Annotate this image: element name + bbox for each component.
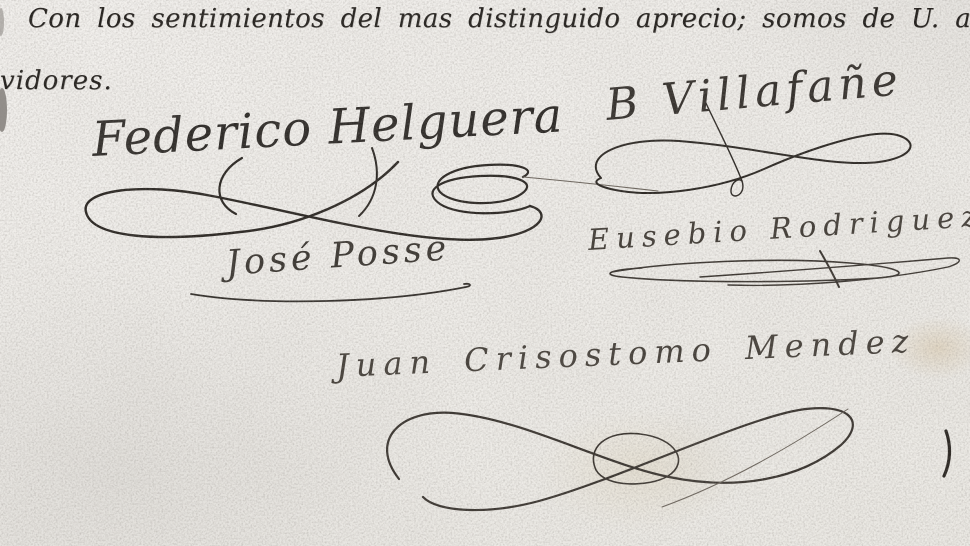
jose-posse-underline	[191, 284, 470, 302]
pen-tick-mark	[944, 431, 950, 476]
letter-page: Con los sentimientos del mas distinguido…	[0, 0, 970, 546]
closing-text-line-2: vidores.	[0, 66, 113, 96]
closing-text-line-1: Con los sentimientos del mas distinguido…	[28, 4, 970, 34]
juan-mendez-flourish-rubric	[387, 408, 853, 510]
eusebio-rodriguez-underline	[610, 251, 959, 287]
